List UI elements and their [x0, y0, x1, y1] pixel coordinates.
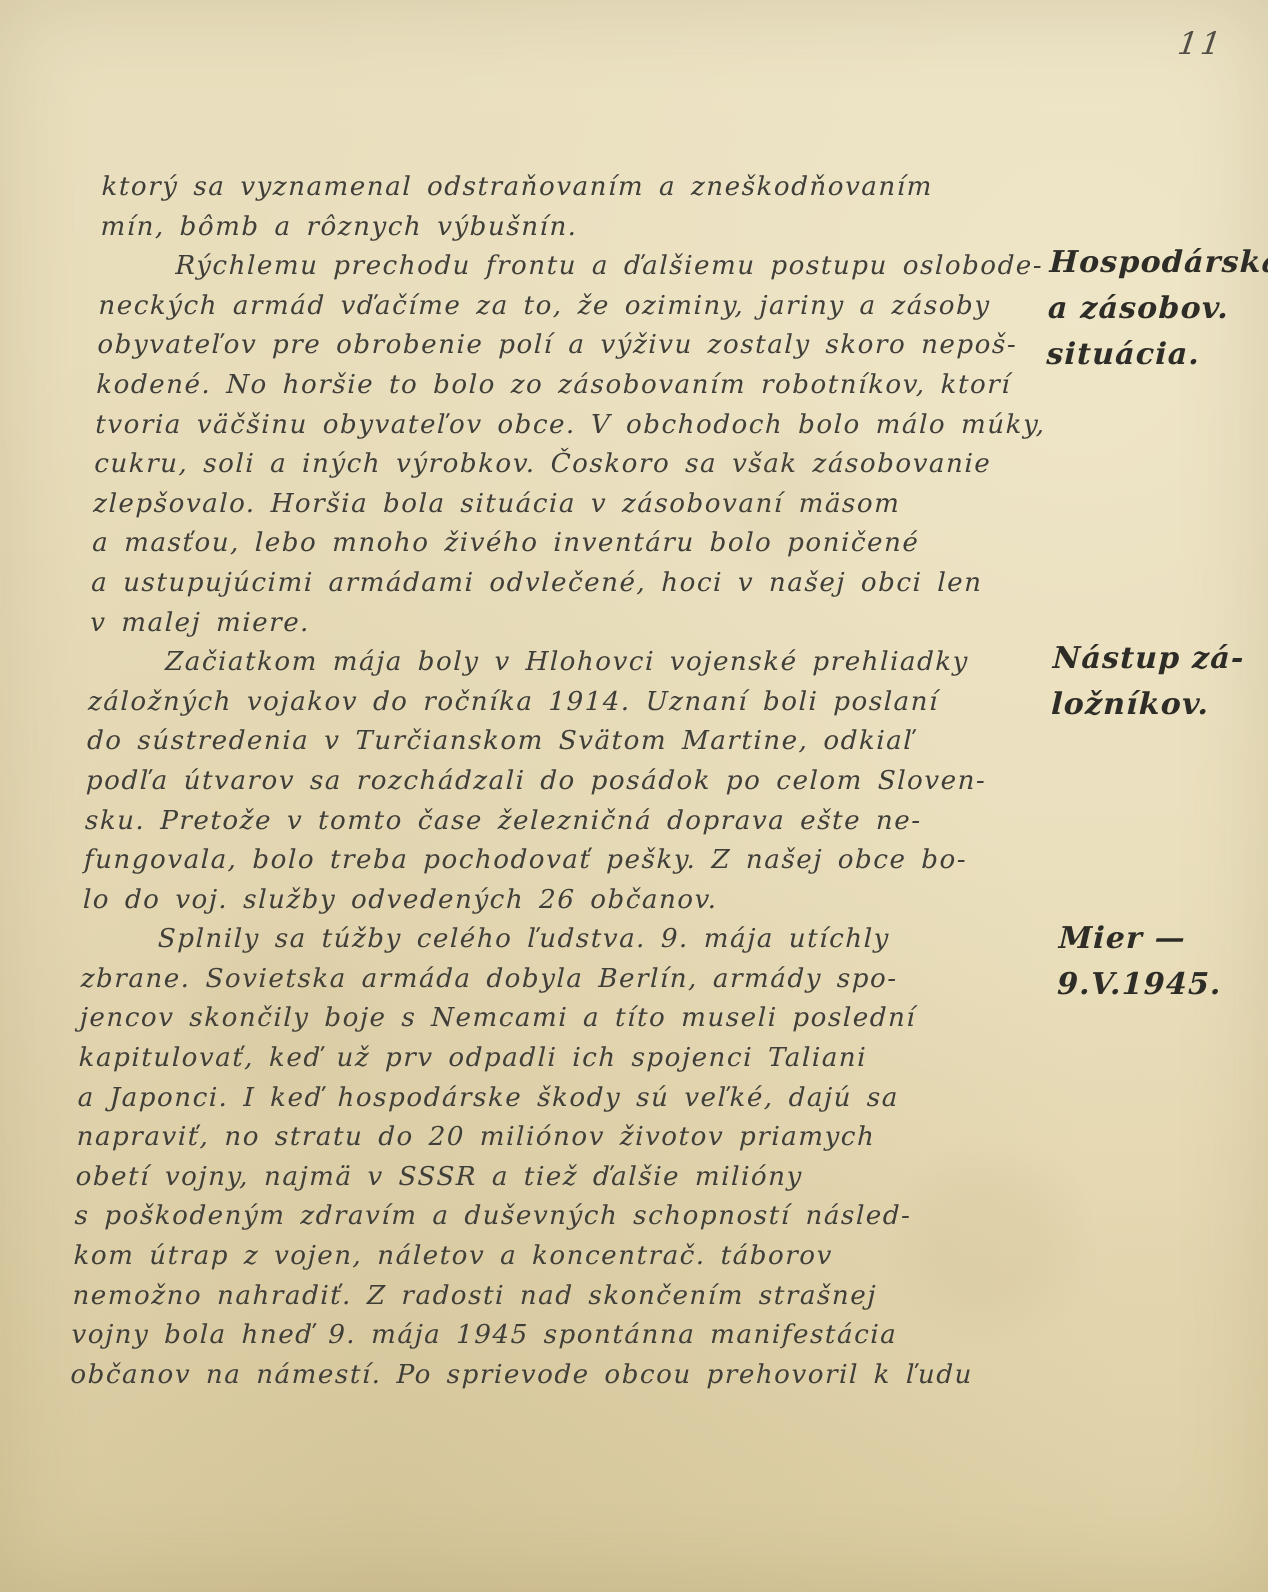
text-line: lo do voj. služby odvedených 26 občanov. — [82, 881, 1043, 921]
margin-note-line: 9.V.1945. — [1056, 962, 1222, 1008]
text-line: obyvateľov pre obrobenie polí a výživu z… — [97, 326, 1058, 366]
text-line: tvoria väčšinu obyvateľov obce. V obchod… — [95, 406, 1056, 446]
text-line: Začiatkom mája boly v Hlohovci vojenské … — [89, 643, 1050, 683]
margin-note-line: ložníkov. — [1050, 682, 1243, 728]
margin-note-reservists: Nástup zá- ložníkov. — [1050, 636, 1245, 728]
text-line: fungovala, bolo treba pochodovať pešky. … — [83, 841, 1044, 881]
text-line: a Japonci. I keď hospodárske škody sú ve… — [77, 1079, 1038, 1119]
margin-note-economic-situation: Hospodárska a zásobov. situácia. — [1046, 240, 1268, 378]
text-line: Splnily sa túžby celého ľudstva. 9. mája… — [81, 920, 1042, 960]
margin-note-line: situácia. — [1046, 332, 1268, 378]
text-line: a masťou, lebo mnoho živého inventáru bo… — [92, 524, 1053, 564]
text-line: Rýchlemu prechodu frontu a ďalšiemu post… — [99, 247, 1060, 287]
main-text-block: ktorý sa vyznamenal odstraňovaním a zneš… — [70, 168, 1062, 1395]
text-line: neckých armád vďačíme za to, že oziminy,… — [98, 287, 1059, 327]
text-line: kodené. No horšie to bolo zo zásobovaním… — [96, 366, 1057, 406]
text-line: zbrane. Sovietska armáda dobyla Berlín, … — [80, 960, 1041, 1000]
text-line: jencov skončily boje s Nemcami a títo mu… — [79, 999, 1040, 1039]
text-line: v malej miere. — [90, 604, 1051, 644]
text-line: vojny bola hneď 9. mája 1945 spontánna m… — [71, 1316, 1032, 1356]
page-number: 11 — [1175, 26, 1226, 62]
text-line: nemožno nahradiť. Z radosti nad skončení… — [72, 1277, 1033, 1317]
text-line: obetí vojny, najmä v SSSR a tiež ďalšie … — [75, 1158, 1036, 1198]
chronicle-page: 11 ktorý sa vyznamenal odstraňovaním a z… — [0, 0, 1268, 1592]
text-line: občanov na námestí. Po sprievode obcou p… — [70, 1356, 1031, 1396]
text-line: mín, bômb a rôznych výbušnín. — [100, 208, 1061, 248]
margin-note-line: Hospodárska — [1049, 240, 1268, 286]
text-line: kapitulovať, keď už prv odpadli ich spoj… — [78, 1039, 1039, 1079]
text-line: kom útrap z vojen, náletov a koncentrač.… — [73, 1237, 1034, 1277]
margin-note-peace-date: Mier — 9.V.1945. — [1056, 916, 1224, 1008]
text-line: zlepšovalo. Horšia bola situácia v zásob… — [93, 485, 1054, 525]
text-line: cukru, soli a iných výrobkov. Čoskoro sa… — [94, 445, 1055, 485]
margin-note-line: Mier — — [1058, 916, 1224, 962]
text-line: sku. Pretože v tomto čase železničná dop… — [84, 802, 1045, 842]
text-line: podľa útvarov sa rozchádzali do posádok … — [85, 762, 1046, 802]
margin-note-line: Nástup zá- — [1052, 636, 1245, 682]
text-line: ktorý sa vyznamenal odstraňovaním a zneš… — [101, 168, 1062, 208]
text-line: a ustupujúcimi armádami odvlečené, hoci … — [91, 564, 1052, 604]
margin-note-line: a zásobov. — [1047, 286, 1268, 332]
text-line: záložných vojakov do ročníka 1914. Uznan… — [88, 683, 1049, 723]
text-line: s poškodeným zdravím a duševných schopno… — [74, 1197, 1035, 1237]
text-line: napraviť, no stratu do 20 miliónov život… — [76, 1118, 1037, 1158]
text-line: do sústredenia v Turčianskom Svätom Mart… — [87, 722, 1048, 762]
